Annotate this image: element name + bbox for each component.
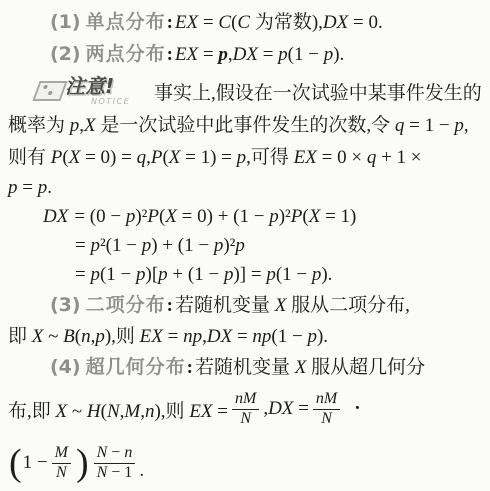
multiplication-dot: · [354,398,360,420]
note-line-3: 则有 P(X = 0) = q,P(X = 1) = p,可得 EX = 0 ×… [8,142,484,174]
fraction-numerator: nM [313,390,340,409]
item-3-line-2: 即 X ~ B(n,p),则 EX = np,DX = np(1 − p). [8,321,484,352]
icon-dot [48,91,53,95]
fraction-numerator: M [52,444,71,463]
item-2-formula-a: EX = [175,44,218,65]
item-1-number: (1) [50,11,81,33]
note-line-1: 事实上,假设在一次试验中某事件发生的 [154,78,482,110]
item-3-colon: : [167,295,173,316]
derivation-lhs: DX [43,206,68,227]
item-1-formula-b: ),DX = 0. [312,12,383,33]
item-2-heading: 两点分布 [86,43,166,65]
item-1-formula-a: EX = C(C [175,12,255,33]
icon-dot [43,85,48,89]
fraction-nM-over-N: nM N [232,390,259,428]
fraction-nM-over-N: nM N [313,390,340,428]
item-2-bold-p: p [218,44,228,65]
fraction-numerator: nM [232,390,259,409]
fraction-denominator: N [238,410,253,428]
sentence-period: . [139,460,144,482]
item-3-line: (3)二项分布:若随机变量 X 服从二项分布, [50,290,484,321]
fraction-denominator: N [54,464,69,482]
fraction-Nn-over-N1: N − n N − 1 [94,444,136,482]
derivation-line-1: DX= (0 − p)²P(X = 0) + (1 − p)²P(X = 1) [43,202,484,231]
one-minus-text: 1 − [23,452,48,474]
item-4-line: (4)超几何分布:若随机变量 X 服从超几何分 [50,352,484,383]
hypergeometric-formula-line: 布,即 X ~ H(N,M,n),则 EX = nM N ,DX = nM N … [8,383,484,435]
note-line-4: p = p. [8,174,484,202]
item-4-text: 若随机变量 X 服从超几何分 [195,357,425,378]
item-4-colon: : [187,357,193,378]
notice-row: 注意! NOTICE 事实上,假设在一次试验中某事件发生的 [8,70,484,110]
big-open-paren: ( [9,444,22,482]
notice-badge-caption: NOTICE [91,97,130,106]
fraction-denominator: N [319,410,334,428]
item-3-number: (3) [50,294,81,316]
item-1-heading: 单点分布 [86,11,166,33]
item-3-heading: 二项分布 [86,294,166,316]
item-2-number: (2) [50,43,81,65]
textbook-page: (1)单点分布:EX = C(C 为常数),DX = 0. (2)两点分布:EX… [0,0,490,491]
derivation-line-3: = p(1 − p)[p + (1 − p)] = p(1 − p). [75,260,484,290]
fraction-M-over-N: M N [52,444,71,482]
item-4-number: (4) [50,356,81,378]
item-2-line: (2)两点分布:EX = p,DX = p(1 − p). [50,38,484,70]
fraction-denominator: N − 1 [95,464,135,482]
item-1-colon: : [167,12,173,33]
slanted-square-icon [32,81,67,101]
fraction-numerator: N − n [94,444,136,463]
notice-badge: 注意! NOTICE [36,74,148,110]
notice-badge-label: 注意! [65,75,114,97]
item-4-heading: 超几何分布 [86,356,186,378]
item-2-formula-b: ,DX = p(1 − p). [228,44,344,65]
item-2-colon: : [167,44,173,65]
item-1-chinese: 为常数 [255,12,312,33]
hyper-mid-text: ,DX = [263,398,309,420]
note-line-2: 概率为 p,X 是一次试验中此事件发生的次数,令 q = 1 − p, [8,110,484,142]
hyper-pre-text: 布,即 X ~ H(N,M,n),则 EX = [8,396,228,423]
derivation-rhs-1: = (0 − p)²P(X = 0) + (1 − p)²P(X = 1) [74,206,356,227]
item-3-text: 若随机变量 X 服从二项分布, [175,295,410,316]
derivation-line-2: = p²(1 − p) + (1 − p)²p [75,231,484,260]
hypergeometric-formula-line-2: ( 1 − M N ) N − n N − 1 . [8,435,484,491]
item-1-line: (1)单点分布:EX = C(C 为常数),DX = 0. [50,6,484,38]
big-close-paren: ) [76,444,89,482]
